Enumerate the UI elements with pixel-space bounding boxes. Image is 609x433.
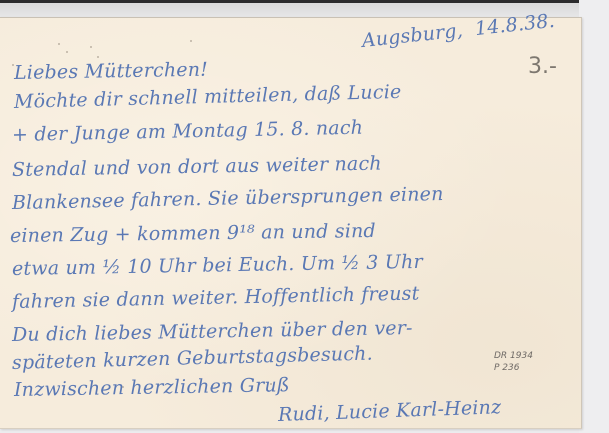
paper-speck bbox=[90, 46, 92, 48]
postcard: Augsburg, 14.8.38. 3.- Liebes Mütterchen… bbox=[0, 17, 582, 429]
paper-speck bbox=[97, 56, 99, 58]
body-line: einen Zug + kommen 9¹⁸ an und sind bbox=[10, 219, 376, 248]
annotation-line-1: DR 1934 bbox=[494, 350, 533, 362]
body-line: + der Junge am Montag 15. 8. nach bbox=[12, 116, 364, 147]
scanned-postcard: Augsburg, 14.8.38. 3.- Liebes Mütterchen… bbox=[0, 0, 609, 433]
body-line: Möchte dir schnell mitteilen, daß Lucie bbox=[14, 80, 402, 114]
body-line: Blankensee fahren. Sie übersprungen eine… bbox=[12, 182, 444, 215]
body-line: fahren sie dann weiter. Hoffentlich freu… bbox=[12, 281, 420, 314]
body-line: späteten kurzen Geburtstagsbesuch. bbox=[12, 342, 373, 375]
annotation-line-2: P 236 bbox=[494, 362, 533, 374]
signature: Rudi, Lucie Karl-Heinz bbox=[278, 395, 502, 427]
paper-speck bbox=[190, 40, 192, 42]
body-line: Stendal und von dort aus weiter nach bbox=[12, 152, 382, 182]
place: Augsburg, bbox=[361, 19, 464, 51]
place-and-date: Augsburg, 14.8.38. bbox=[361, 10, 556, 52]
salutation: Liebes Mütterchen! bbox=[14, 58, 208, 85]
body-line: etwa um ½ 10 Uhr bei Euch. Um ½ 3 Uhr bbox=[12, 250, 423, 281]
paper-speck bbox=[66, 51, 68, 53]
pencil-catalog-annotation: DR 1934 P 236 bbox=[494, 350, 533, 374]
closing-greeting: Inzwischen herzlichen Gruß bbox=[14, 373, 290, 402]
scan-right-margin bbox=[579, 0, 609, 433]
pencil-price-mark: 3.- bbox=[528, 54, 557, 79]
paper-speck bbox=[58, 43, 60, 45]
